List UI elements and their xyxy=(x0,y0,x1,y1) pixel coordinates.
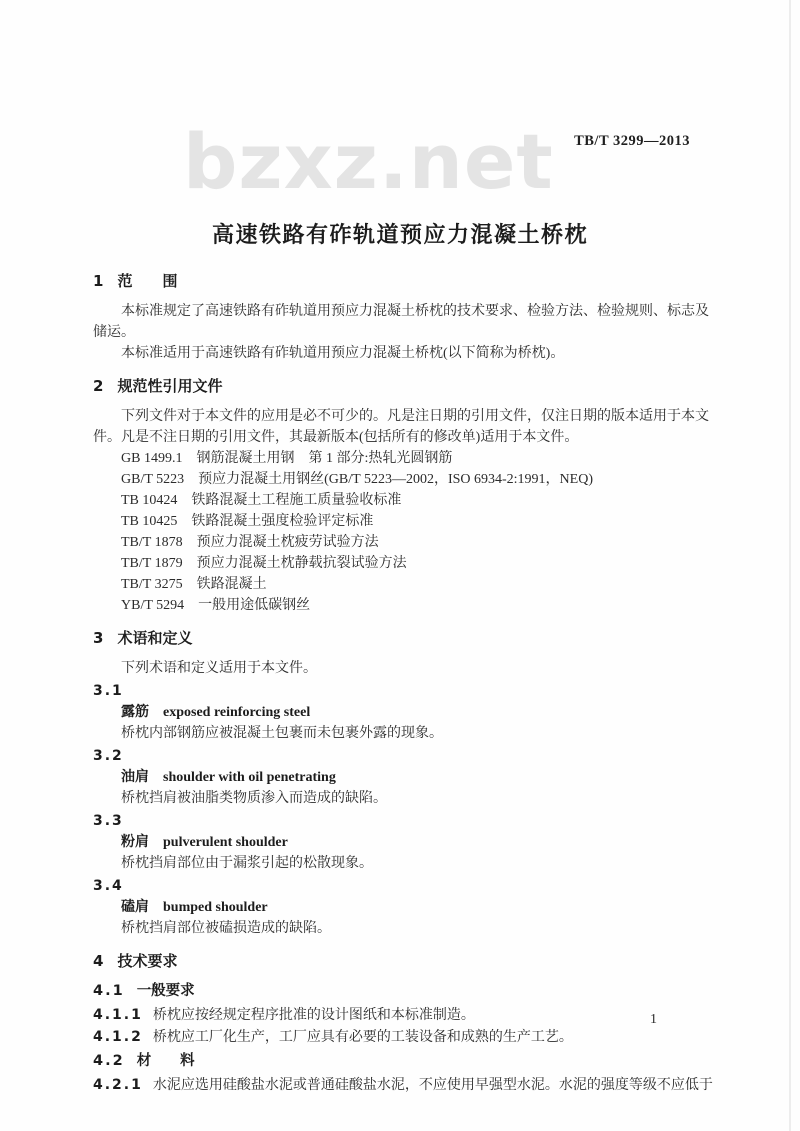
reference-item: TB 10425铁路混凝土强度检验评定标准 xyxy=(121,511,717,532)
watermark: bzxz.net xyxy=(183,124,554,200)
reference-code: YB/T 5294 xyxy=(121,598,184,613)
section-number: 3 xyxy=(93,629,103,647)
reference-title: 预应力混凝土枕疲劳试验方法 xyxy=(197,535,379,550)
term-name-en: shoulder with oil penetrating xyxy=(163,770,336,785)
section-4-heading: 4技术要求 xyxy=(93,951,717,972)
scan-edge-line xyxy=(789,0,791,1131)
clause-number: 4.1 xyxy=(93,983,125,999)
section-number: 4 xyxy=(93,952,103,970)
section-title: 术语和定义 xyxy=(117,629,192,647)
section-number: 2 xyxy=(93,377,103,395)
section-2-intro: 下列文件对于本文件的应用是必不可少的。凡是注日期的引用文件，仅注日期的版本适用于… xyxy=(93,406,717,448)
term-name-en: pulverulent shoulder xyxy=(163,835,288,850)
clause-text: 水泥应选用硅酸盐水泥或普通硅酸盐水泥，不应使用早强型水泥。水泥的强度等级不应低于 xyxy=(153,1078,713,1093)
clause-4-1-1: 4.1.1桥枕应按经规定程序批准的设计图纸和本标准制造。 xyxy=(93,1005,717,1026)
reference-code: TB/T 3275 xyxy=(121,577,183,592)
term-number: 3.4 xyxy=(93,876,717,897)
clause-number: 4.1.2 xyxy=(93,1029,143,1045)
reference-item: YB/T 5294一般用途低碳钢丝 xyxy=(121,595,717,616)
section-title: 范 围 xyxy=(117,272,177,290)
reference-code: TB 10425 xyxy=(121,514,177,529)
reference-item: TB/T 3275铁路混凝土 xyxy=(121,574,717,595)
clause-text: 桥枕应按经规定程序批准的设计图纸和本标准制造。 xyxy=(153,1008,475,1023)
clause-number: 4.2.1 xyxy=(93,1077,143,1093)
standard-code: TB/T 3299—2013 xyxy=(574,133,690,150)
term-name-zh: 露筋 xyxy=(121,704,149,720)
section-1-paragraph: 本标准规定了高速铁路有砟轨道用预应力混凝土桥枕的技术要求、检验方法、检验规则、标… xyxy=(93,301,717,343)
clause-4-1-2: 4.1.2桥枕应工厂化生产，工厂应具有必要的工装设备和成熟的生产工艺。 xyxy=(93,1027,717,1048)
section-2-heading: 2规范性引用文件 xyxy=(93,376,717,397)
document-page: bzxz.net TB/T 3299—2013 高速铁路有砟轨道预应力混凝土桥枕… xyxy=(0,0,800,1131)
clause-number: 4.2 xyxy=(93,1053,125,1069)
reference-title: 铁路混凝土强度检验评定标准 xyxy=(191,514,373,529)
term-name: 磕肩bumped shoulder xyxy=(121,897,717,918)
reference-title: 铁路混凝土工程施工质量验收标准 xyxy=(191,493,401,508)
reference-item: GB 1499.1钢筋混凝土用钢 第 1 部分:热轧光圆钢筋 xyxy=(121,448,717,469)
reference-code: TB/T 1879 xyxy=(121,556,183,571)
reference-item: TB/T 1879预应力混凝土枕静载抗裂试验方法 xyxy=(121,553,717,574)
term-definition: 桥枕挡肩被油脂类物质渗入而造成的缺陷。 xyxy=(121,788,717,809)
term-definition: 桥枕内部钢筋应被混凝土包裹而未包裹外露的现象。 xyxy=(121,723,717,744)
clause-title: 一般要求 xyxy=(137,983,195,999)
section-3-intro: 下列术语和定义适用于本文件。 xyxy=(93,658,717,679)
term-name: 粉肩pulverulent shoulder xyxy=(121,832,717,853)
section-1-paragraph: 本标准适用于高速铁路有砟轨道用预应力混凝土桥枕(以下简称为桥枕)。 xyxy=(93,343,717,364)
term-name: 露筋exposed reinforcing steel xyxy=(121,702,717,723)
reference-title: 预应力混凝土枕静载抗裂试验方法 xyxy=(197,556,407,571)
section-title: 规范性引用文件 xyxy=(117,377,222,395)
section-1-heading: 1范 围 xyxy=(93,271,717,292)
clause-text: 桥枕应工厂化生产，工厂应具有必要的工装设备和成熟的生产工艺。 xyxy=(153,1030,573,1045)
term-number: 3.3 xyxy=(93,811,717,832)
term-definition: 桥枕挡肩部位由于漏浆引起的松散现象。 xyxy=(121,853,717,874)
section-number: 1 xyxy=(93,272,103,290)
clause-4-2-heading: 4.2材 料 xyxy=(93,1051,717,1072)
term-name: 油肩shoulder with oil penetrating xyxy=(121,767,717,788)
term-name-en: exposed reinforcing steel xyxy=(163,705,310,720)
term-name-zh: 磕肩 xyxy=(121,899,149,915)
term-number: 3.1 xyxy=(93,681,717,702)
term-number: 3.2 xyxy=(93,746,717,767)
reference-item: TB 10424铁路混凝土工程施工质量验收标准 xyxy=(121,490,717,511)
document-body: 1范 围 本标准规定了高速铁路有砟轨道用预应力混凝土桥枕的技术要求、检验方法、检… xyxy=(93,262,717,1096)
section-title: 技术要求 xyxy=(117,952,177,970)
term-name-zh: 粉肩 xyxy=(121,834,149,850)
reference-code: TB 10424 xyxy=(121,493,177,508)
reference-title: 预应力混凝土用钢丝(GB/T 5223—2002，ISO 6934-2:1991… xyxy=(198,472,593,487)
reference-code: TB/T 1878 xyxy=(121,535,183,550)
clause-4-1-heading: 4.1一般要求 xyxy=(93,981,717,1002)
document-title: 高速铁路有砟轨道预应力混凝土桥枕 xyxy=(0,218,800,249)
reference-item: GB/T 5223预应力混凝土用钢丝(GB/T 5223—2002，ISO 69… xyxy=(121,469,717,490)
reference-item: TB/T 1878预应力混凝土枕疲劳试验方法 xyxy=(121,532,717,553)
page-number: 1 xyxy=(650,1012,657,1028)
term-name-en: bumped shoulder xyxy=(163,900,268,915)
section-3-heading: 3术语和定义 xyxy=(93,628,717,649)
reference-title: 一般用途低碳钢丝 xyxy=(198,598,310,613)
term-name-zh: 油肩 xyxy=(121,769,149,785)
clause-4-2-1: 4.2.1水泥应选用硅酸盐水泥或普通硅酸盐水泥，不应使用早强型水泥。水泥的强度等… xyxy=(93,1075,717,1096)
reference-code: GB/T 5223 xyxy=(121,472,184,487)
clause-number: 4.1.1 xyxy=(93,1007,143,1023)
term-definition: 桥枕挡肩部位被磕损造成的缺陷。 xyxy=(121,918,717,939)
clause-title: 材 料 xyxy=(137,1053,195,1069)
reference-title: 钢筋混凝土用钢 第 1 部分:热轧光圆钢筋 xyxy=(196,451,452,466)
reference-code: GB 1499.1 xyxy=(121,451,182,466)
reference-title: 铁路混凝土 xyxy=(197,577,267,592)
